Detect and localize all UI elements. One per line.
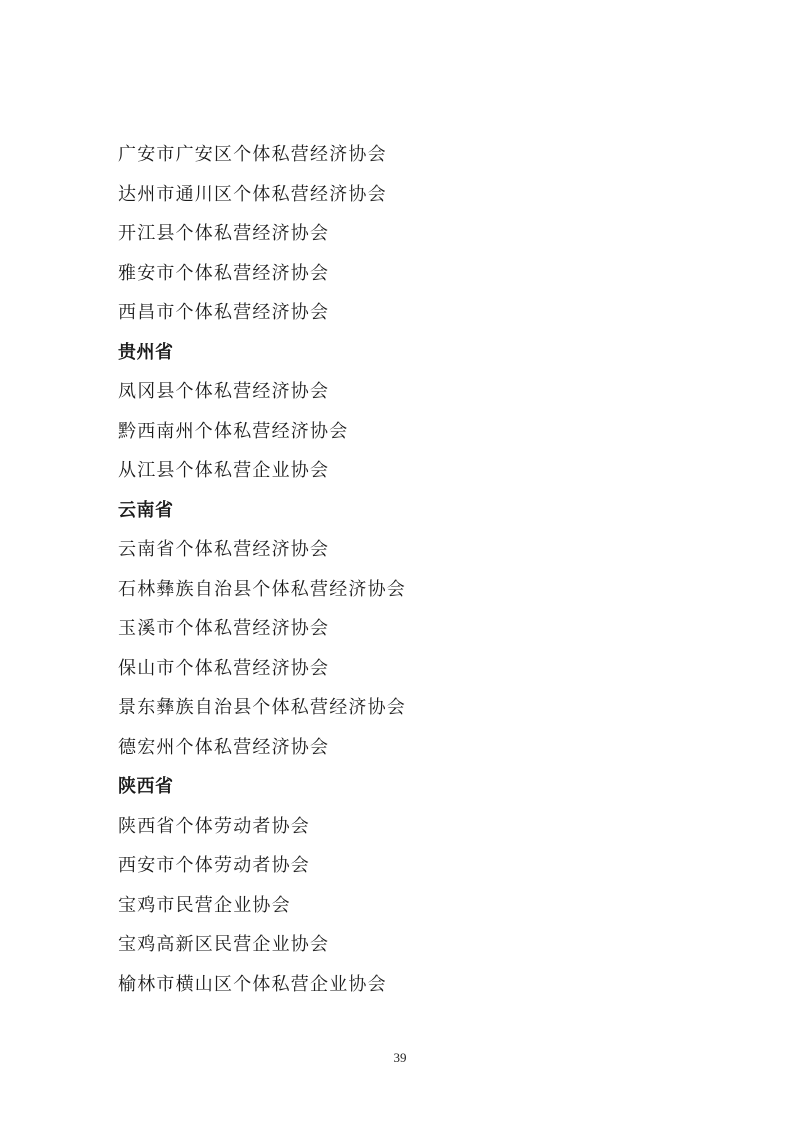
list-item: 西昌市个体私营经济协会 <box>118 300 406 340</box>
list-item: 雅安市个体私营经济协会 <box>118 261 406 301</box>
document-page: 广安市广安区个体私营经济协会 达州市通川区个体私营经济协会 开江县个体私营经济协… <box>0 0 800 1131</box>
province-heading-shaanxi: 陕西省 <box>118 774 406 814</box>
list-item: 凤冈县个体私营经济协会 <box>118 379 406 419</box>
list-item: 景东彝族自治县个体私营经济协会 <box>118 695 406 735</box>
list-item: 黔西南州个体私营经济协会 <box>118 419 406 459</box>
list-item: 陕西省个体劳动者协会 <box>118 814 406 854</box>
list-item: 宝鸡高新区民营企业协会 <box>118 932 406 972</box>
list-item: 西安市个体劳动者协会 <box>118 853 406 893</box>
association-list: 广安市广安区个体私营经济协会 达州市通川区个体私营经济协会 开江县个体私营经济协… <box>118 142 406 1011</box>
page-number: 39 <box>0 1050 800 1066</box>
list-item: 开江县个体私营经济协会 <box>118 221 406 261</box>
list-item: 玉溪市个体私营经济协会 <box>118 616 406 656</box>
province-heading-yunnan: 云南省 <box>118 498 406 538</box>
list-item: 榆林市横山区个体私营企业协会 <box>118 972 406 1012</box>
list-item: 云南省个体私营经济协会 <box>118 537 406 577</box>
list-item: 从江县个体私营企业协会 <box>118 458 406 498</box>
list-item: 德宏州个体私营经济协会 <box>118 735 406 775</box>
list-item: 保山市个体私营经济协会 <box>118 656 406 696</box>
province-heading-guizhou: 贵州省 <box>118 340 406 380</box>
list-item: 宝鸡市民营企业协会 <box>118 893 406 933</box>
list-item: 广安市广安区个体私营经济协会 <box>118 142 406 182</box>
list-item: 石林彝族自治县个体私营经济协会 <box>118 577 406 617</box>
list-item: 达州市通川区个体私营经济协会 <box>118 182 406 222</box>
